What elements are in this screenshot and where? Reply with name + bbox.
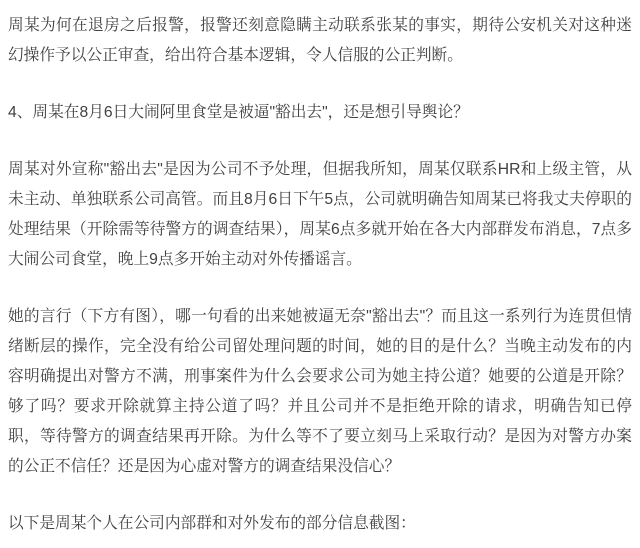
paragraph-company-timeline: 周某对外宣称"豁出去"是因为公司不予处理，但据我所知，周某仅联系HR和上级主管，… <box>8 155 632 275</box>
article-body: 周某为何在退房之后报警，报警还刻意隐瞒主动联系张某的事实，期待公安机关对这种迷幻… <box>0 0 640 539</box>
section-heading-question-4: 4、周某在8月6日大闹阿里食堂是被逼"豁出去"，还是想引导舆论？ <box>8 98 632 128</box>
paragraph-screenshots-intro: 以下是周某个人在公司内部群和对外发布的部分信息截图： <box>8 509 632 539</box>
paragraph-behavior-analysis: 她的言行（下方有图），哪一句看的出来她被逼无奈"豁出去"？而且这一系列行为连贯但… <box>8 302 632 482</box>
paragraph-police-report-question: 周某为何在退房之后报警，报警还刻意隐瞒主动联系张某的事实，期待公安机关对这种迷幻… <box>8 11 632 71</box>
